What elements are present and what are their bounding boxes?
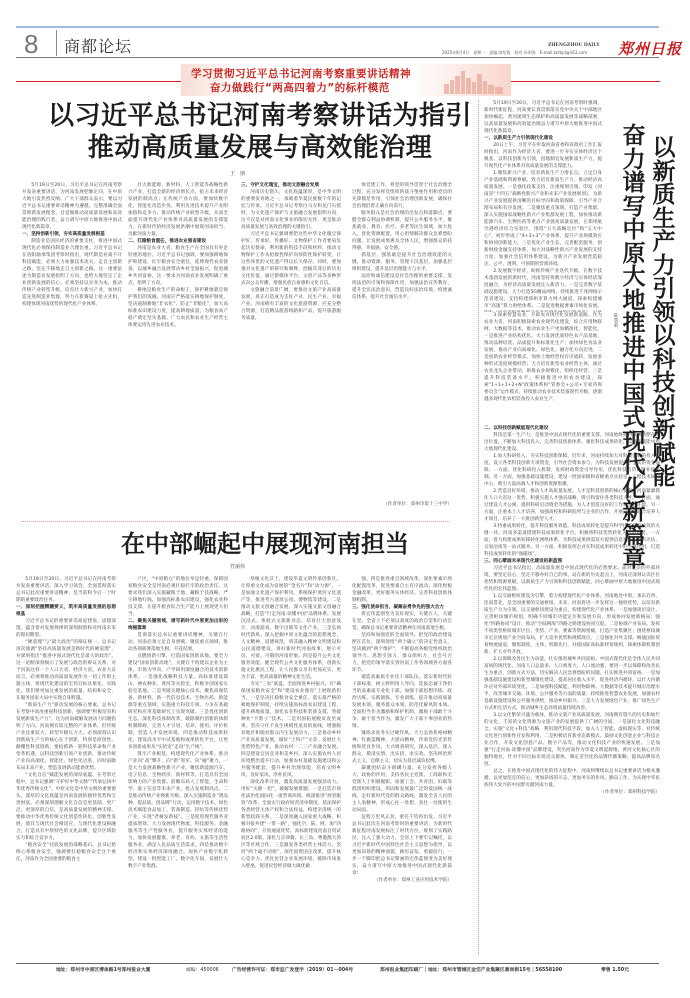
- paragraph: 夯实“三农”底盘，全面推进乡村振兴。在“确保国家粮食安全”和“建设农业强省”上展…: [241, 681, 341, 779]
- article3-body-upper: 5月19日至20日，习近平总书记在河南考察时强调，新时代新征程，河南要认真贯彻落…: [484, 100, 602, 312]
- article1-headline-line2: 推动高质量发展与高效能治理: [40, 132, 480, 164]
- article3-author: 陈慧莉: [612, 314, 620, 329]
- paragraph: 坚持和加强党的全面领导。把党的政治建设摆在首位，深刻领悟“两个确立”的决定性意义…: [352, 632, 452, 674]
- city-skyline-icon: [440, 68, 510, 94]
- paragraph: 2.发展数字经济，助推传统产业迭代升级。在数字技术蓬勃发展的新时代，河南坚持将数…: [484, 268, 602, 312]
- paragraph: 厚植文化沃土，建设华夏文明传承创新区。让厚重文化成为发展的“金名片”和“动力源”…: [241, 576, 341, 681]
- article-divider: [22, 521, 450, 522]
- article1-column-2: 壮大新能源、新材料、人工智能等战略性新兴产业，打造全新的经济增长点，抢占未来经济…: [128, 182, 228, 494]
- article3-headline-left-column: 奋力谱写中原大地推进中国式现代化新篇章: [620, 125, 648, 572]
- paragraph: “文化自信”赋能发展的深厚底蕴。在考察过程中，总书记强调“守护好中华文脉”“传承…: [16, 772, 116, 842]
- subheading: 一、以新质生产力引领现代化建设: [484, 135, 602, 142]
- paragraph: 贯彻落实总书记重要讲话精神，关键在行动。河南必须立足自身禀赋，聚焦重点领域，推动…: [128, 632, 228, 653]
- paragraph: 耕地是粮食生产的命根子，保护耕地就是保护我们的饭碗。河南应严格落实耕地保护制度，…: [128, 287, 228, 329]
- masthead-english: ZHENGZHOU DAILY: [548, 43, 599, 48]
- paragraph: 强。四是推进重点领域改革。深化要素市场化配置改革，促进要素自主有序流动。深化财税…: [352, 576, 452, 604]
- header-top-rule: [16, 26, 329, 28]
- paragraph: 5月19日至20日，习近平总书记在河南考察并发表重要讲话，为河南发展把脉定向，在…: [22, 182, 122, 231]
- article1-column-1: 5月19日至20日，习近平总书记在河南考察并发表重要讲话，为河南发展把脉定向，在…: [22, 182, 122, 494]
- header-bottom-rule: [16, 57, 659, 58]
- article1-column-3: 三、守护文化瑰宝，推动文旅融合发展 河南历史悠久，文化底蕴深厚，是中华文明的重要…: [241, 182, 341, 494]
- paragraph: 制造业是国民经济的重要支柱，推进中国式现代化必须保持制造业合理比重。习近平总书记…: [22, 238, 122, 308]
- paragraph: 凝聚团结奋斗磅礴力量。充分发挥各级人大、政协的作用，支持各民主党派、工商联和无党…: [352, 765, 452, 814]
- paragraph: 3.探索智慧农业，开辟农业现代化发展新道路。作为农业大省，河南积极探索农业现代化…: [484, 312, 602, 403]
- article3-headline-right-column: 以新质生产力引领 以科技创新赋能: [650, 137, 678, 490]
- paragraph: 习近平总书记的重要讲话高屋建瓴、思想深邃，蕴含着对发展规律的深刻洞察和对河南未来…: [16, 618, 116, 639]
- article1-author: 王 朋: [230, 170, 245, 177]
- paragraph: 产区，“中原粮仓”的地位举足轻重。保障国家粮食安全是河南必须扛稳扛牢的政治责任。…: [128, 576, 228, 618]
- article1-headline-line1: 以习近平总书记河南考察讲话为指引: [40, 100, 480, 132]
- paragraph: 1.聚焦新兴产业，培育新质生产力增长点。立足自身产业基础和资源禀赋，致力培育新质…: [484, 170, 602, 268]
- paragraph: 5月19日至20日，习近平总书记在河南考察并发表重要讲话。深入学习领会、全面贯彻…: [16, 576, 116, 604]
- banner-title-line2: 奋力做践行“两高四着力”的标杆模范: [210, 80, 390, 95]
- paragraph: 筑牢产业根基，构建现代化产业体系。推动产业向“高”攀升、向“新”进军、向“融”聚…: [128, 751, 228, 870]
- paragraph: 锻造高素质专业化干部队伍。落实新时代好干部标准，树立鲜明用人导向，选拔忠诚干净担…: [352, 674, 452, 730]
- paragraph: 点燃创新引擎，打造国家创新高地。要全力建设“国家创新高地”，关键在于构建以企业为…: [128, 653, 228, 751]
- paragraph: 习近平总书记强调要把这些中华文化瑰宝保护好、传承好、传播好。文物保护工作者要肩负…: [241, 231, 341, 287]
- paragraph: 法治和诚信建设是社会治理的重要支撑，发挥法治的引领和保障作用，加强法治宣传教育，…: [352, 273, 452, 301]
- subheading: 二、扛稳粮食重任，推进农业强省建设: [128, 238, 228, 245]
- paragraph: 河南是农业大省，粮食生产在全国具有举足轻重的地位。习近平总书记强调，要加强耕地保…: [128, 245, 228, 287]
- paragraph: 征程万里风正劲，重任千钧再出发。习近平总书记此次在河南考察时的重要讲话，为新时代…: [352, 814, 452, 877]
- paragraph: 壮大新能源、新材料、人工智能等战略性新兴产业，打造全新的经济增长点，抢占未来经济…: [128, 182, 228, 238]
- header-top-rule: [329, 26, 659, 28]
- paragraph: 将宏伟蓝图变为美好现实，关键在人、关键在党。全省上下必须以高度的政治自觉和行动自…: [352, 611, 452, 632]
- article2-affiliation: （作者单位：郑州工业应用技术学院）: [352, 877, 452, 884]
- article2-column-2: 产区，“中原粮仓”的地位举足轻重。保障国家粮食安全是河南必须扛稳扛牢的政治责任。…: [128, 576, 228, 958]
- paragraph: “粮食安全”托底发展的战略基石。总书记始终心系粮食安全，强调要扛稳粮食安全这个重…: [16, 842, 116, 863]
- article2-column-3: 厚植文化沃土，建设华夏文明传承创新区。让厚重文化成为发展的“金名片”和“动力源”…: [241, 576, 341, 958]
- article2-column-1: 5月19日至20日，习近平总书记在河南考察并发表重要讲话。深入学习领会、全面贯彻…: [16, 576, 116, 958]
- paragraph: 3.以文化繁荣兴盛为载体，推动文旅产业高质量发展。河南拥有悠久的历史和灿烂的文化…: [484, 712, 660, 768]
- article2-headline: 在中部崛起中展现河南担当: [100, 528, 430, 560]
- paragraph: 20日上午，习近平在听取河南省委和省政府工作汇报时指出，河南作为经济大省，要进一…: [484, 142, 602, 170]
- section-name: 商都论坛: [64, 34, 132, 57]
- subheading: 一、坚持创新引领，夯实高质量发展根基: [22, 231, 122, 238]
- footer-rule: [16, 963, 659, 964]
- article3-affiliation: （作者单位：郑州科技学院）: [484, 789, 660, 796]
- footer-ad-license: 广告经营许可证：郑市监广发登字（2019）01－004号: [232, 966, 353, 973]
- paragraph: 1.以交通枢纽建设为引擎，着力构建现代化产业体系。河南地处中原，承东启西、连南贯…: [484, 593, 660, 656]
- page-number: 8: [24, 29, 38, 59]
- subheading: 一、深刻把握精髓要义，筑牢高质量发展的思想根基: [16, 604, 116, 618]
- article1-column-4: 体党建工作，将党的领导贯穿于社会治理全过程，充分发挥党组织的战斗堡垒作用和党员的…: [352, 182, 452, 482]
- banner-rule-left: [16, 81, 181, 82]
- paragraph: 服务群众是社会治理的出发点和落脚点，要健全群众利益协调机制，提升公共服务水平，聚…: [352, 210, 452, 252]
- paragraph: 体党建工作，将党的领导贯穿于社会治理全过程，充分发挥党组织的战斗堡垒作用和党员的…: [352, 182, 452, 210]
- banner-rule-right: [510, 81, 660, 82]
- article1-headline: 以习近平总书记河南考察讲话为指引 推动高质量发展与高效能治理: [40, 100, 480, 164]
- header-separator: [56, 30, 57, 56]
- paragraph: 河南历史悠久，文化底蕴深厚，是中华文明的重要发祥地之一，承载着华夏民族数千年的记…: [241, 189, 341, 231]
- article3-vertical-headline: 以新质生产力引领 以科技创新赋能 奋力谱写中原大地推进中国式现代化新篇章: [612, 137, 682, 437]
- paragraph: 深化改革开放，激发高质量发展强劲动力。用好“关键一招”，破解发展难题。一是打造市…: [241, 779, 341, 870]
- paragraph: 2.以保障改善民生为动能，扎实推进城乡共同富裕。中国式现代化是全体人民共同富裕的…: [484, 656, 660, 712]
- masthead-meta: 2025年8月4日 星期一 责编 陈绍霞 校对 孙明海 E-mail:zzrbp…: [442, 50, 587, 56]
- footer-price: 零售 1.50元: [601, 966, 629, 973]
- article2-column-4: 强。四是推进重点领域改革。深化要素市场化配置改革，促进要素自主有序流动。深化财税…: [352, 576, 452, 958]
- article3-body-middle: 3.探索智慧农业，开辟农业现代化发展新道路。作为农业大省，河南积极探索农业现代化…: [484, 312, 602, 425]
- column-divider: [478, 100, 479, 955]
- footer-printer: 郑州报业集团印刷厂｜地址：郑州市管城区金岱产业集聚区鼎尚街15号｜5655810…: [380, 966, 562, 973]
- paragraph: “硬道理”与“最大政治”的辩证统一。总书记再次强调“坚持高质量发展是新时代的硬道…: [16, 639, 116, 702]
- subheading: 三、强化使命担当，凝聚奋勇争先的强大合力: [352, 604, 452, 611]
- paragraph: 文旅融合前景广阔，要推动文旅产业高质量发展，真正打造成为支柱产业、民生产业、幸福…: [241, 287, 341, 322]
- footer-postcode: 邮编：450006: [186, 966, 219, 973]
- paragraph: 锤炼求真务实过硬作风。大力弘扬焦裕禄精神、红旗渠精神、大别山精神，传承党的光荣传…: [352, 730, 452, 765]
- paragraph: “新质生产力”驱动发展的核心要素。总书记在考察中高度重视科技创新，强调要“积极培…: [16, 702, 116, 772]
- banner-title-line1: 学习贯彻习近平总书记河南考察重要讲话精神: [191, 66, 411, 81]
- subheading: 二、聚焦关键领域，谱写新时代中原更加出彩的绚丽篇章: [128, 618, 228, 632]
- subheading: 三、守护文化瑰宝，推动文旅融合发展: [241, 182, 341, 189]
- newspaper-logo: 郑州日报: [618, 38, 682, 59]
- paragraph: 总之，在推进中国式现代化的伟大征程中，河南将继续以总书记重要讲话为根本遵循，以更…: [484, 768, 660, 789]
- footer-address: 地址：郑州市中原区博体路1号郑州报业大厦: [56, 966, 150, 973]
- paragraph: 5月19日至20日，习近平总书记在河南考察时强调，新时代新征程，河南要认真贯彻落…: [484, 100, 602, 135]
- paragraph: 抓基层、强基础是提升社会治理效能的关键。推动资源、服务、管理下沉基层，加强基层组…: [352, 252, 452, 273]
- article1-affiliation: （作者单位：郑州市第十三中学）: [352, 501, 452, 509]
- article2-author: 竹丽伟: [230, 563, 245, 570]
